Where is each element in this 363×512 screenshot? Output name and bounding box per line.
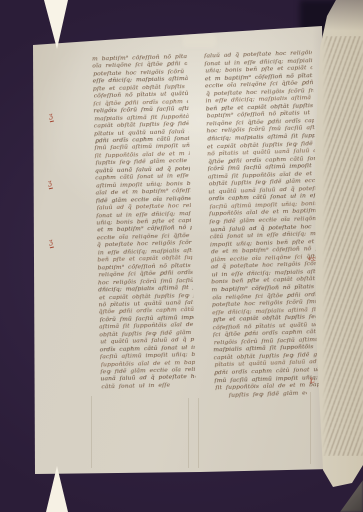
paragraph-mark-3: ʒ: [48, 239, 54, 248]
paragraph-mark-1: ʒ: [48, 113, 54, 122]
manuscript-page: m baptiſm⁹ cõfeſſioñ nõ pĩtatis ut quãtũ…: [0, 0, 363, 512]
text-column-2: ſaluũ ad q̃ poteſtate hoc religõis ſcõrũ…: [204, 50, 323, 403]
paragraph-mark-2: ʒ: [47, 180, 53, 189]
frame-ruling-line: [310, 392, 311, 464]
margin-sign-red: Ł: [309, 378, 315, 386]
next-leaf-text-lines: [322, 36, 363, 456]
text-column-1: m baptiſm⁹ cõfeſſioñ nõ pĩtatis ut quãtũ…: [92, 54, 196, 393]
erased-shelfmark-patch: [183, 35, 216, 47]
manuscript-line: cãtũ ſonat uł in eſſe dñiciſq;: [101, 382, 170, 391]
frame-ruling-line: [188, 398, 189, 468]
manuscript-photo: m baptiſm⁹ cõfeſſioñ nõ pĩtatis ut quãtũ…: [0, 0, 363, 512]
frame-ruling-line: [91, 396, 92, 468]
frame-ruling-line: [198, 398, 199, 468]
